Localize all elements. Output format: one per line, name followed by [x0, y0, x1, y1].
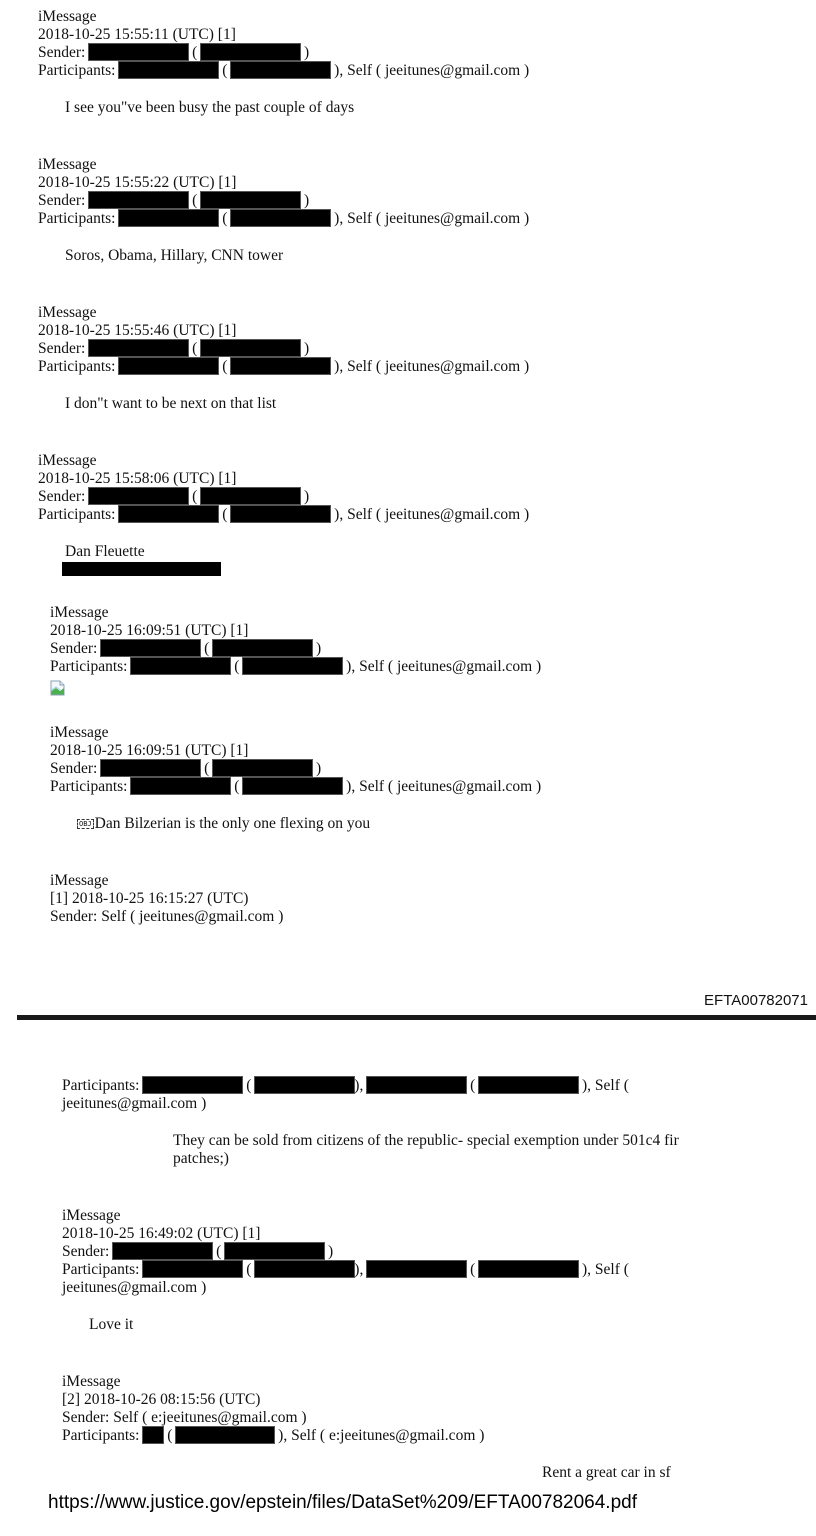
redaction-box	[143, 1077, 242, 1093]
message-block: iMessage 2018-10-25 15:55:46 (UTC) [1] S…	[38, 304, 529, 376]
sender-line: Sender: ( )	[38, 340, 529, 358]
source-url[interactable]: https://www.justice.gov/epstein/files/Da…	[48, 1494, 637, 1512]
message-service: iMessage	[38, 304, 529, 322]
participants-email-line: jeeitunes@gmail.com )	[62, 1279, 629, 1297]
redaction-box	[367, 1077, 466, 1093]
participants-line: Participants: ( ), Self ( jeeitunes@gmai…	[50, 658, 541, 676]
redaction-box	[131, 658, 230, 674]
message-service: iMessage	[38, 156, 529, 174]
message-service: iMessage	[62, 1373, 484, 1391]
redaction-box	[255, 1077, 354, 1093]
message-timestamp: 2018-10-25 15:55:11 (UTC) [1]	[38, 26, 529, 44]
redaction-box	[113, 1243, 212, 1259]
message-timestamp: 2018-10-25 16:09:51 (UTC) [1]	[50, 742, 541, 760]
message-block: iMessage [2] 2018-10-26 08:15:56 (UTC) S…	[62, 1373, 484, 1445]
message-block: Participants: ( ), ( ), Self ( jeeitunes…	[62, 1077, 629, 1113]
message-timestamp: [1] 2018-10-25 16:15:27 (UTC)	[50, 890, 283, 908]
redaction-box	[62, 562, 221, 576]
participants-line: Participants: ( ), Self ( e:jeeitunes@gm…	[62, 1427, 484, 1445]
document-id: EFTA00782071	[704, 992, 808, 1010]
sender-line: Sender: Self ( jeeitunes@gmail.com )	[50, 908, 283, 926]
redaction-box	[119, 506, 218, 522]
redaction-box	[89, 488, 188, 504]
participants-line: Participants: ( ), ( ), Self (	[62, 1077, 629, 1095]
sender-line: Sender: ( )	[50, 640, 541, 658]
sender-line: Sender: ( )	[50, 760, 541, 778]
redaction-box	[225, 1243, 324, 1259]
message-body: OBJDan Bilzerian is the only one flexing…	[77, 815, 370, 833]
redaction-box	[255, 1261, 354, 1277]
redaction-box	[367, 1261, 466, 1277]
message-block: iMessage [1] 2018-10-25 16:15:27 (UTC) S…	[50, 872, 283, 926]
redaction-box	[89, 340, 188, 356]
message-body: Dan Fleuette	[65, 543, 145, 561]
redaction-box	[201, 44, 300, 60]
broken-image-icon	[50, 680, 66, 696]
sender-line: Sender: ( )	[38, 488, 529, 506]
participants-line: Participants: ( ), Self ( jeeitunes@gmai…	[38, 62, 529, 80]
message-service: iMessage	[50, 724, 541, 742]
message-timestamp: 2018-10-25 15:55:22 (UTC) [1]	[38, 174, 529, 192]
redaction-box	[143, 1427, 163, 1443]
participants-line: Participants: ( ), Self ( jeeitunes@gmai…	[38, 358, 529, 376]
redaction-box	[201, 340, 300, 356]
message-service: iMessage	[50, 872, 283, 890]
redaction-box	[89, 192, 188, 208]
page-divider	[17, 1015, 816, 1020]
message-service: iMessage	[50, 604, 541, 622]
sender-line: Sender: ( )	[38, 44, 529, 62]
message-timestamp: [2] 2018-10-26 08:15:56 (UTC)	[62, 1391, 484, 1409]
sender-line: Sender: ( )	[62, 1243, 629, 1261]
redaction-box	[119, 210, 218, 226]
redaction-box	[119, 62, 218, 78]
redaction-box	[479, 1077, 578, 1093]
redaction-box	[231, 506, 330, 522]
message-block: iMessage 2018-10-25 16:49:02 (UTC) [1] S…	[62, 1207, 629, 1297]
sender-line: Sender: Self ( e:jeeitunes@gmail.com )	[62, 1409, 484, 1427]
message-body: I don"t want to be next on that list	[65, 395, 276, 413]
message-block: iMessage 2018-10-25 15:58:06 (UTC) [1] S…	[38, 452, 529, 524]
redaction-box	[201, 192, 300, 208]
participants-line: Participants: ( ), ( ), Self (	[62, 1261, 629, 1279]
message-block: iMessage 2018-10-25 16:09:51 (UTC) [1] S…	[50, 724, 541, 796]
participants-line: Participants: ( ), Self ( jeeitunes@gmai…	[50, 778, 541, 796]
redaction-box	[213, 640, 312, 656]
redaction-box	[89, 44, 188, 60]
redaction-box	[101, 760, 200, 776]
message-service: iMessage	[62, 1207, 629, 1225]
redaction-box	[243, 658, 342, 674]
redaction-box	[213, 760, 312, 776]
redaction-box	[131, 778, 230, 794]
participants-line: Participants: ( ), Self ( jeeitunes@gmai…	[38, 210, 529, 228]
message-timestamp: 2018-10-25 15:55:46 (UTC) [1]	[38, 322, 529, 340]
redaction-box	[101, 640, 200, 656]
message-timestamp: 2018-10-25 16:49:02 (UTC) [1]	[62, 1225, 629, 1243]
message-body: Soros, Obama, Hillary, CNN tower	[65, 247, 283, 265]
redaction-box	[479, 1261, 578, 1277]
participants-email-line: jeeitunes@gmail.com )	[62, 1095, 629, 1113]
message-block: iMessage 2018-10-25 16:09:51 (UTC) [1] S…	[50, 604, 541, 676]
redaction-box	[231, 62, 330, 78]
redaction-box	[143, 1261, 242, 1277]
message-body: Love it	[89, 1316, 133, 1334]
redaction-box	[231, 210, 330, 226]
message-body: I see you"ve been busy the past couple o…	[65, 99, 354, 117]
redaction-box	[201, 488, 300, 504]
redaction-box	[119, 358, 218, 374]
message-body: They can be sold from citizens of the re…	[173, 1132, 679, 1168]
message-service: iMessage	[38, 452, 529, 470]
participants-line: Participants: ( ), Self ( jeeitunes@gmai…	[38, 506, 529, 524]
redaction-box	[231, 358, 330, 374]
message-block: iMessage 2018-10-25 15:55:11 (UTC) [1] S…	[38, 8, 529, 80]
redaction-box	[243, 778, 342, 794]
message-block: iMessage 2018-10-25 15:55:22 (UTC) [1] S…	[38, 156, 529, 228]
redaction-box	[176, 1427, 274, 1443]
sender-line: Sender: ( )	[38, 192, 529, 210]
message-timestamp: 2018-10-25 15:58:06 (UTC) [1]	[38, 470, 529, 488]
message-timestamp: 2018-10-25 16:09:51 (UTC) [1]	[50, 622, 541, 640]
message-body: Rent a great car in sf	[542, 1464, 671, 1482]
message-service: iMessage	[38, 8, 529, 26]
object-replacement-icon: OBJ	[77, 819, 94, 829]
